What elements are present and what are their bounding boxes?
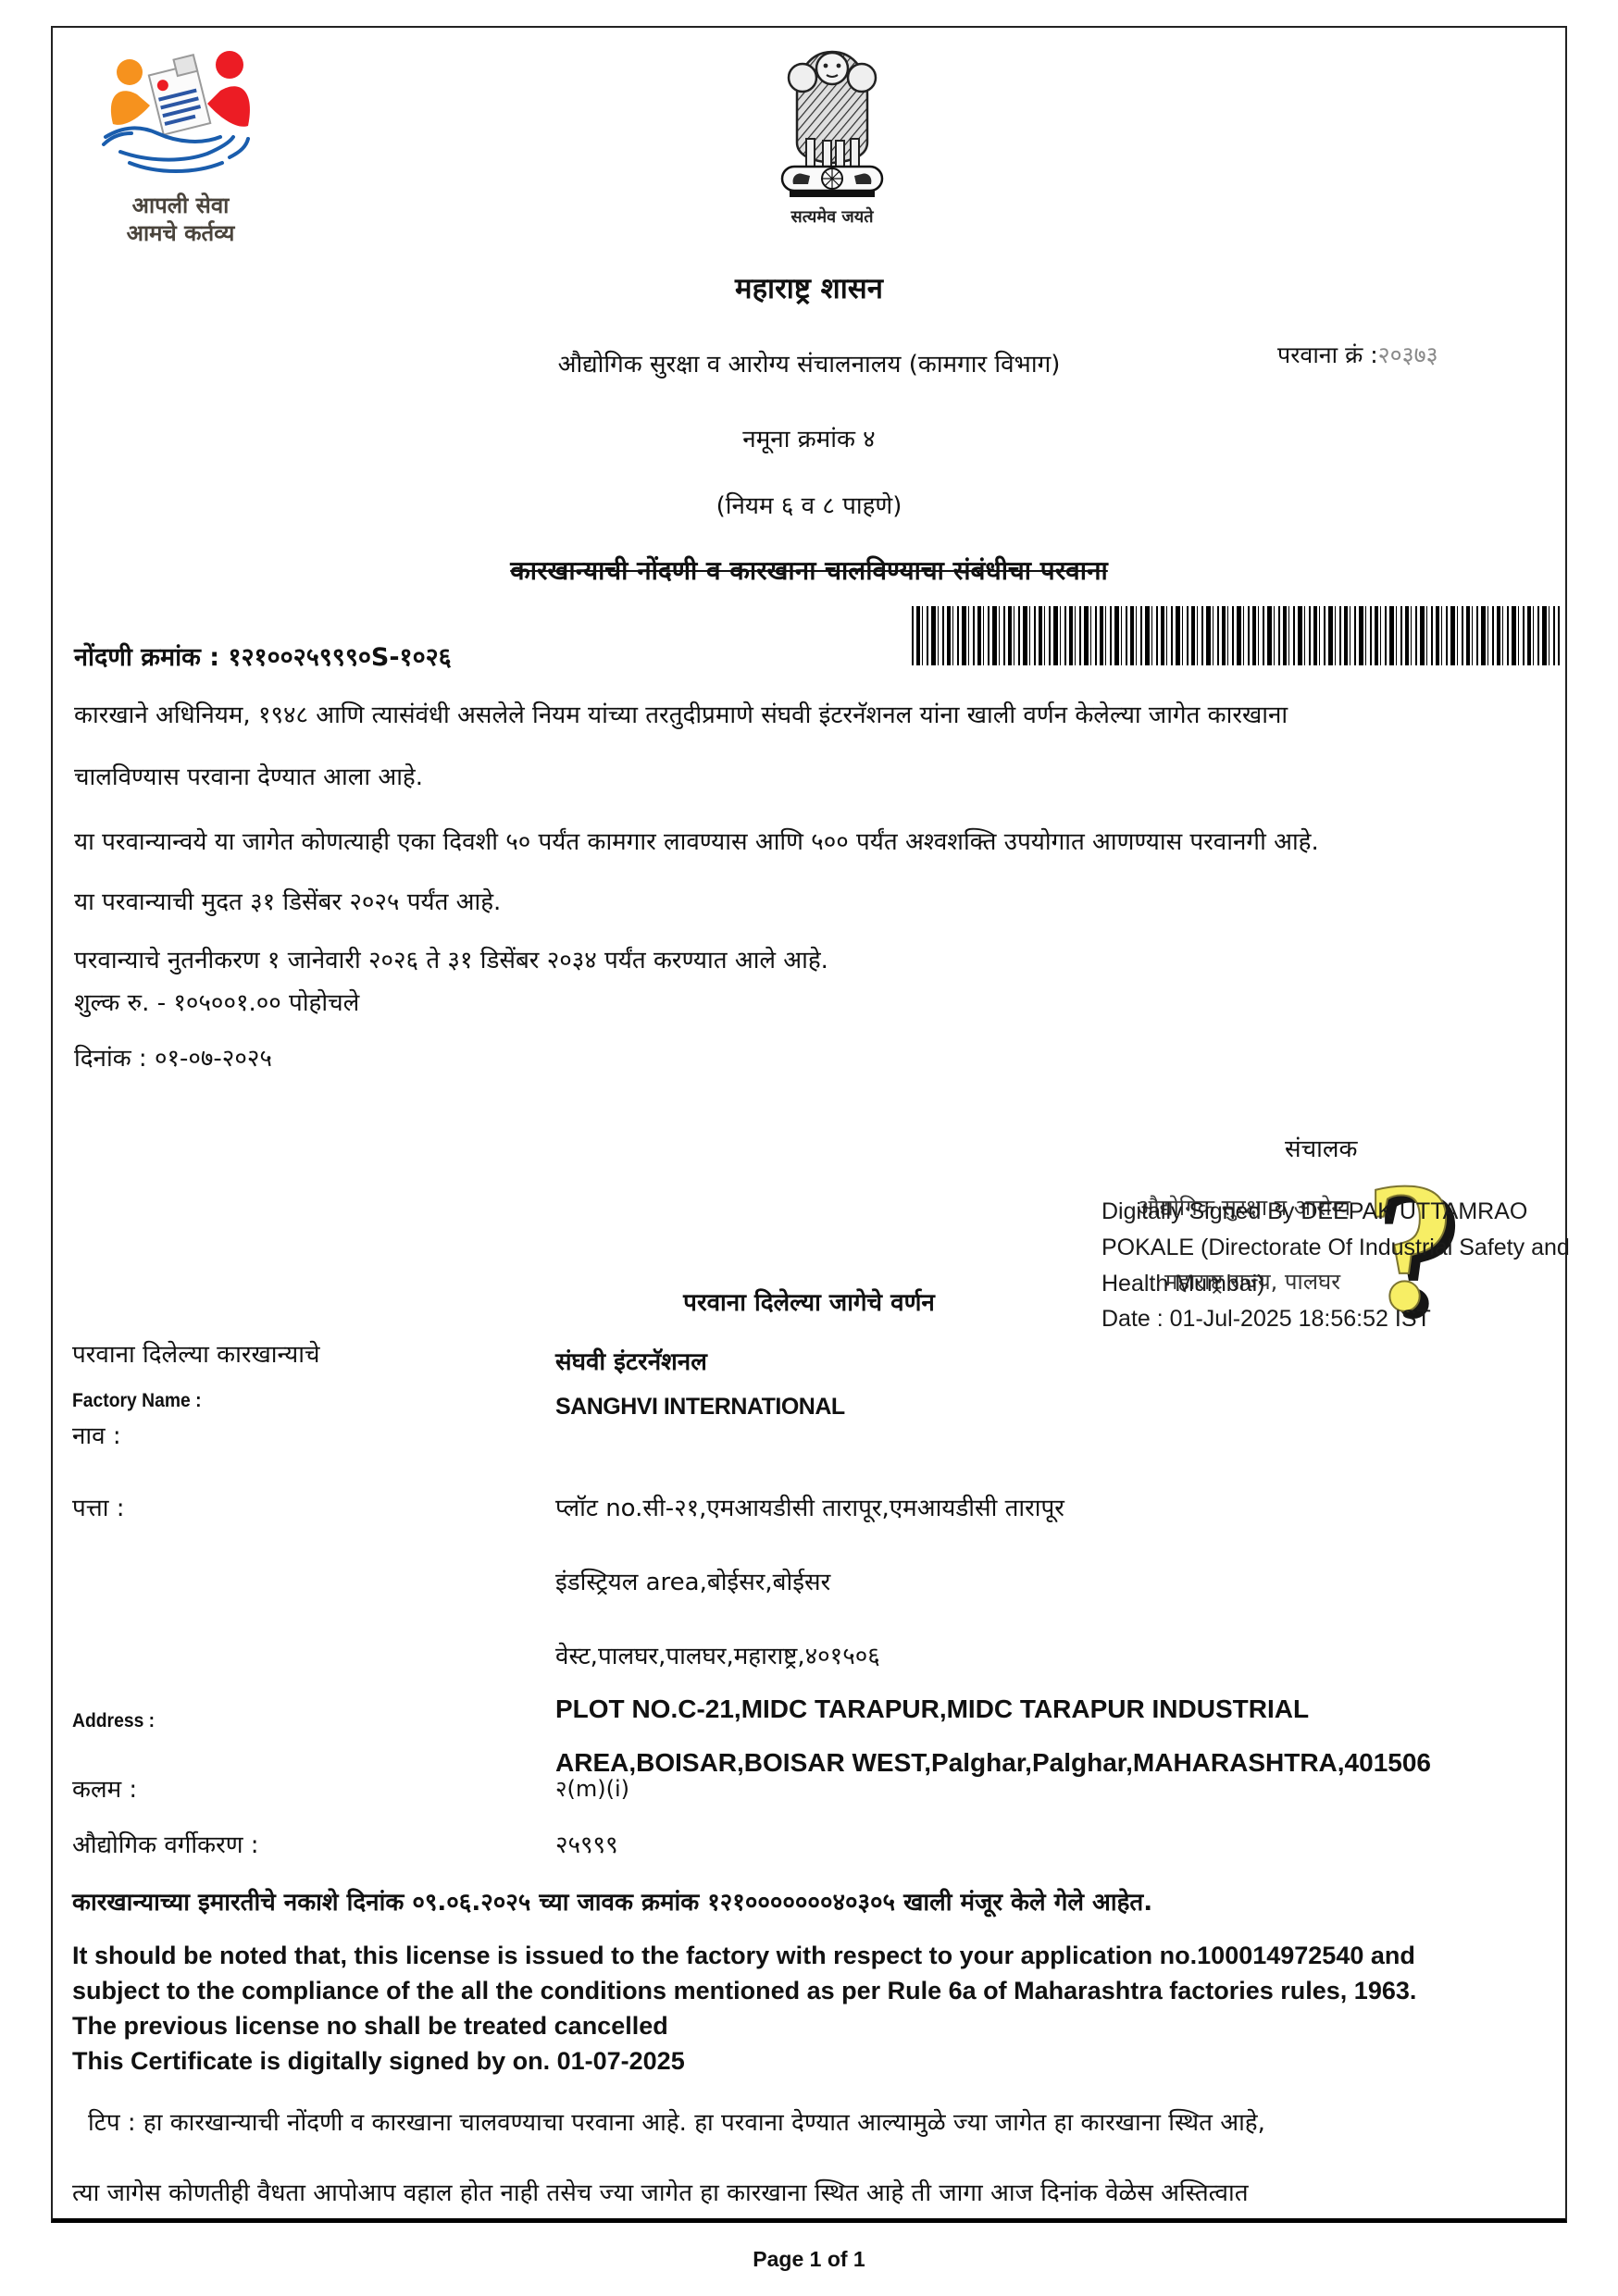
tip-note-line-2: त्या जागेस कोणतीही वैधता आपोआप वहाल होत … — [72, 2175, 1535, 2208]
plan-approval-line: कारखान्याच्या इमारतीचे नकाशे दिनांक ०९.०… — [72, 1884, 1553, 1917]
barcode-icon — [912, 606, 1560, 665]
body-paragraph-5: परवान्याचे नुतनीकरण १ जानेवारी २०२६ ते ३… — [74, 942, 1537, 975]
fee-line: शुल्क रु. - १०५००१.०० पोहोचले — [74, 985, 359, 1018]
address-label-english: Address : — [72, 1710, 155, 1732]
registration-number-label: नोंदणी क्रमांक : — [74, 643, 219, 672]
tip-note-line-1: टिप : हा कारखान्याची नोंदणी व कारखाना चा… — [88, 2104, 1550, 2138]
english-note-line-1: It should be noted that, this license is… — [72, 1942, 1415, 1970]
license-number-value: २०३७३ — [1378, 341, 1438, 368]
address-marathi-line-1: प्लॉट no.सी-२१,एमआयडीसी तारापूर,एमआयडीसी… — [555, 1490, 1064, 1523]
body-paragraph-2: चालविण्यास परवाना देण्यात आला आहे. — [74, 759, 1537, 792]
page-number: Page 1 of 1 — [0, 2247, 1618, 2272]
address-label-marathi: पत्ता : — [72, 1490, 125, 1523]
license-number: परवाना क्रं :२०३७३ — [1277, 339, 1438, 370]
factory-name-label-english: Factory Name : — [72, 1390, 202, 1412]
emblem-motto: सत्यमेव जयते — [753, 205, 911, 228]
ashoka-emblem-icon — [775, 46, 890, 205]
date-line: दिनांक : ०१-०७-२०२५ — [74, 1040, 272, 1074]
digitally-signed-line-3: Health Mumbai) — [1101, 1271, 1264, 1297]
section-label: कलम : — [72, 1771, 137, 1805]
address-marathi-line-2: इंडस्ट्रियल area,बोईसर,बोईसर — [555, 1564, 830, 1597]
license-document-page: आपली सेवा आमचे कर्तव्य — [0, 0, 1618, 2296]
name-label-marathi: नाव : — [72, 1418, 121, 1451]
factory-name-english: SANGHVI INTERNATIONAL — [555, 1394, 845, 1421]
digital-signature-block: औद्योगिक सुरक्षा व आरोग्य महाराष्ट्र राज… — [1064, 1157, 1583, 1351]
english-note-line-3: The previous license no shall be treated… — [72, 2012, 668, 2041]
aapli-seva-text-line1: आपली सेवा — [83, 192, 278, 219]
document-title: कारखान्याची नोंदणी व कारखाना चालविण्याचा… — [0, 552, 1618, 588]
license-number-label: परवाना क्रं : — [1277, 341, 1378, 368]
government-title: महाराष्ट्र शासन — [0, 268, 1618, 307]
aapli-seva-logo: आपली सेवा आमचे कर्तव्य — [83, 48, 278, 247]
body-paragraph-4: या परवान्याची मुदत ३१ डिसेंबर २०२५ पर्यं… — [74, 884, 1537, 917]
rule-reference: (नियम ६ व ८ पाहणे) — [0, 488, 1618, 521]
english-note-line-2: subject to the compliance of the all the… — [72, 1977, 1416, 2005]
address-marathi-line-3: वेस्ट,पालघर,पालघर,महाराष्ट्र,४०१५०६ — [555, 1638, 880, 1671]
address-english: PLOT NO.C-21,MIDC TARAPUR,MIDC TARAPUR I… — [555, 1682, 1509, 1790]
english-note-line-4: This Certificate is digitally signed by … — [72, 2047, 685, 2076]
digitally-signed-line-2: POKALE (Directorate Of Industrial Safety… — [1101, 1235, 1570, 1261]
digitally-signed-line-1: Digitally Signed By DEEPAK UTTAMRAO — [1101, 1198, 1527, 1225]
national-emblem: सत्यमेव जयते — [753, 46, 911, 228]
body-paragraph-3: या परवान्यान्वये या जागेत कोणत्याही एका … — [74, 824, 1555, 857]
form-number: नमूना क्रमांक ४ — [0, 421, 1618, 454]
factory-label-marathi: परवाना दिलेल्या कारखान्याचे — [72, 1336, 319, 1370]
industrial-classification-label: औद्योगिक वर्गीकरण : — [72, 1827, 259, 1860]
section-value: २(m)(i) — [555, 1773, 629, 1804]
body-paragraph-1: कारखाने अधिनियम, १९४८ आणि त्यासंवंधी असल… — [74, 697, 1537, 730]
industrial-classification-value: २५९९९ — [555, 1827, 618, 1860]
aapli-seva-logo-icon — [93, 48, 268, 192]
digitally-signed-line-4: Date : 01-Jul-2025 18:56:52 IST — [1101, 1306, 1431, 1333]
registration-number-line: नोंदणी क्रमांक : १२१००२५९९९०S-१०२६ — [74, 639, 452, 673]
aapli-seva-text-line2: आमचे कर्तव्य — [83, 219, 278, 247]
factory-name-marathi: संघवी इंटरनॅशनल — [555, 1344, 707, 1377]
registration-number-value: १२१००२५९९९०S-१०२६ — [228, 643, 451, 672]
